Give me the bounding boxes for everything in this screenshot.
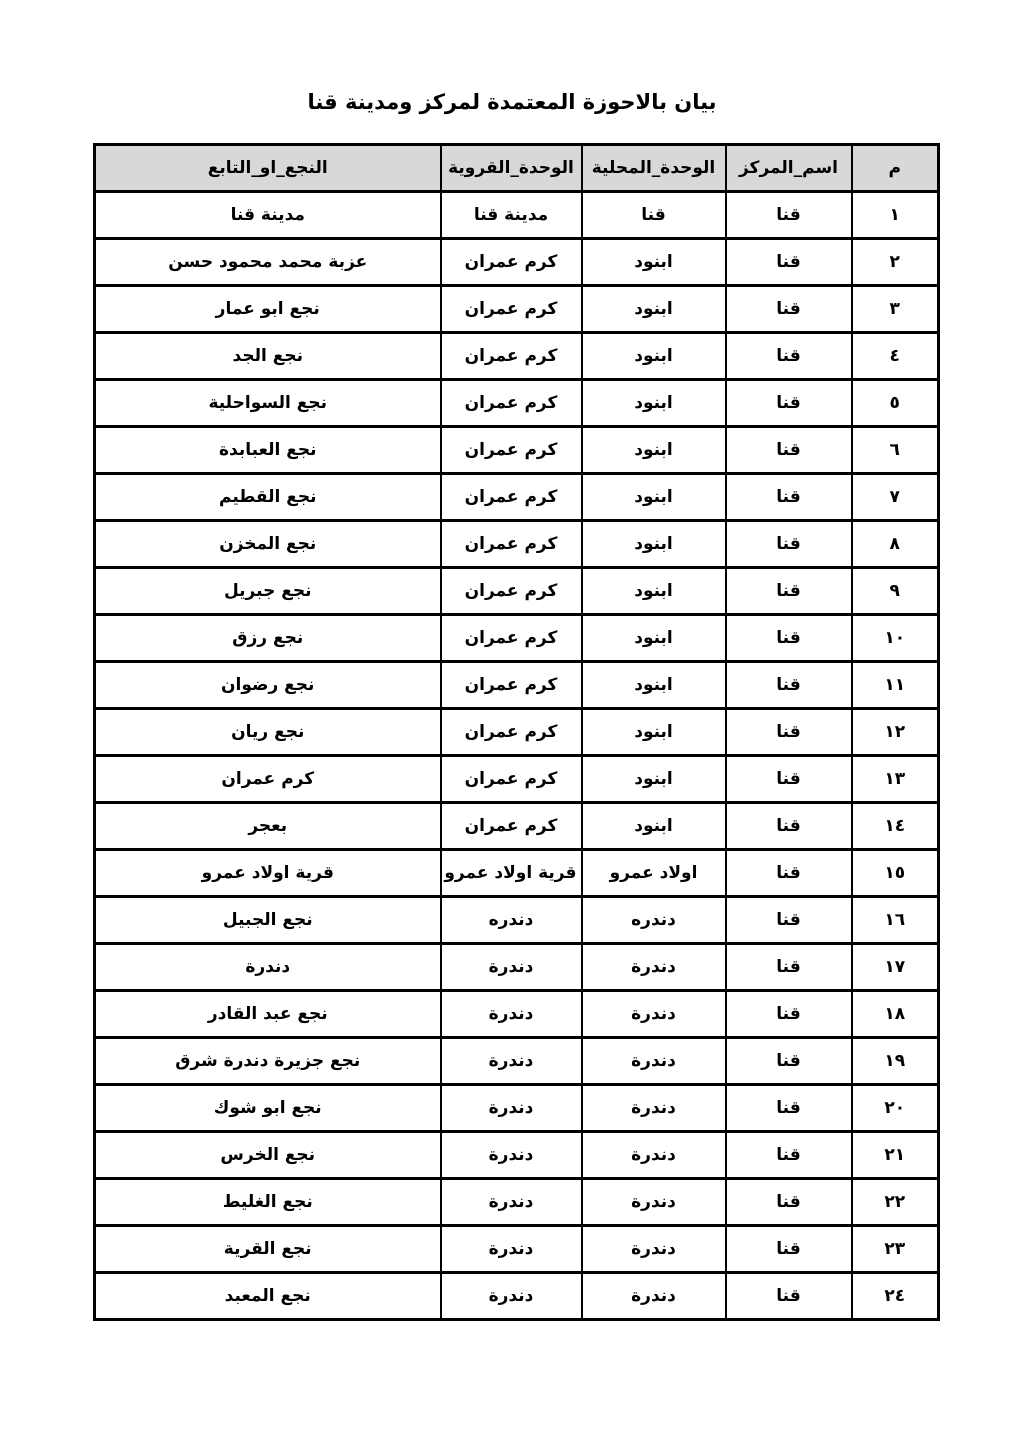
serial-cell: ١٠ [852,615,939,662]
center-name-cell: قنا [726,427,852,474]
table-row: ١٦قنادندرهدندرهنجع الجبيل [95,897,939,944]
center-name-cell: قنا [726,1273,852,1320]
local-unit-cell: ابنود [582,474,726,521]
hamlet-cell: نجع القطيم [95,474,441,521]
serial-cell: ٣ [852,286,939,333]
center-name-cell: قنا [726,239,852,286]
local-unit-cell: دندرة [582,944,726,991]
village-unit-cell: كرم عمران [441,662,582,709]
serial-cell: ٤ [852,333,939,380]
center-name-cell: قنا [726,192,852,239]
hamlet-cell: نجع الجبيل [95,897,441,944]
serial-cell: ١٧ [852,944,939,991]
local-unit-cell: ابنود [582,286,726,333]
village-unit-cell: كرم عمران [441,709,582,756]
serial-cell: ١٤ [852,803,939,850]
table-row: ٨قناابنودكرم عمراننجع المخزن [95,521,939,568]
village-unit-cell: دندرة [441,1273,582,1320]
center-name-cell: قنا [726,1038,852,1085]
local-unit-cell: ابنود [582,756,726,803]
center-name-cell: قنا [726,1132,852,1179]
table-row: ٣قناابنودكرم عمراننجع ابو عمار [95,286,939,333]
village-unit-cell: دندرة [441,1038,582,1085]
hamlet-cell: نجع ريان [95,709,441,756]
column-header-serial: م [852,145,939,192]
village-unit-cell: دندرة [441,1226,582,1273]
center-name-cell: قنا [726,709,852,756]
table-row: ٩قناابنودكرم عمراننجع جبريل [95,568,939,615]
center-name-cell: قنا [726,662,852,709]
column-header-village-unit: الوحدة_القروية [441,145,582,192]
hamlet-cell: نجع الجد [95,333,441,380]
hamlet-cell: نجع المعبد [95,1273,441,1320]
hamlet-cell: نجع الخرس [95,1132,441,1179]
hamlet-cell: نجع المخزن [95,521,441,568]
village-unit-cell: كرم عمران [441,521,582,568]
local-unit-cell: ابنود [582,709,726,756]
table-header: ماسم_المركزالوحدة_المحليةالوحدة_القرويةا… [95,145,939,192]
table-row: ٢٣قنادندرةدندرةنجع القرية [95,1226,939,1273]
serial-cell: ٢٠ [852,1085,939,1132]
serial-cell: ١٩ [852,1038,939,1085]
table-row: ١٧قنادندرةدندرةدندرة [95,944,939,991]
serial-cell: ٢٢ [852,1179,939,1226]
village-unit-cell: دندرة [441,1179,582,1226]
center-name-cell: قنا [726,1179,852,1226]
center-name-cell: قنا [726,803,852,850]
village-unit-cell: كرم عمران [441,568,582,615]
local-unit-cell: ابنود [582,380,726,427]
hamlet-cell: نجع رضوان [95,662,441,709]
serial-cell: ١٦ [852,897,939,944]
local-unit-cell: ابنود [582,239,726,286]
table-row: ١٩قنادندرةدندرةنجع جزيرة دندرة شرق [95,1038,939,1085]
header-row: ماسم_المركزالوحدة_المحليةالوحدة_القرويةا… [95,145,939,192]
center-name-cell: قنا [726,756,852,803]
village-unit-cell: كرم عمران [441,803,582,850]
table-row: ١٤قناابنودكرم عمرانبعجر [95,803,939,850]
village-unit-cell: دندره [441,897,582,944]
center-name-cell: قنا [726,474,852,521]
serial-cell: ٨ [852,521,939,568]
table-body: ١قناقنامدينة قنامدينة قنا٢قناابنودكرم عم… [95,192,939,1320]
local-unit-cell: ابنود [582,521,726,568]
hamlet-cell: نجع العبابدة [95,427,441,474]
hamlet-cell: مدينة قنا [95,192,441,239]
table-row: ١٣قناابنودكرم عمرانكرم عمران [95,756,939,803]
local-unit-cell: دندرة [582,1132,726,1179]
local-unit-cell: دندرة [582,1273,726,1320]
page-title: بيان بالاحوزة المعتمدة لمركز ومدينة قنا [0,90,1024,114]
serial-cell: ١١ [852,662,939,709]
center-name-cell: قنا [726,850,852,897]
local-unit-cell: ابنود [582,333,726,380]
village-unit-cell: كرم عمران [441,333,582,380]
column-header-center-name: اسم_المركز [726,145,852,192]
serial-cell: ٢ [852,239,939,286]
center-name-cell: قنا [726,1226,852,1273]
document-page: بيان بالاحوزة المعتمدة لمركز ومدينة قنا … [0,0,1024,1448]
local-unit-cell: اولاد عمرو [582,850,726,897]
serial-cell: ١٥ [852,850,939,897]
local-unit-cell: ابنود [582,427,726,474]
center-name-cell: قنا [726,521,852,568]
serial-cell: ٢٤ [852,1273,939,1320]
hamlet-cell: عزبة محمد محمود حسن [95,239,441,286]
village-unit-cell: كرم عمران [441,427,582,474]
center-name-cell: قنا [726,615,852,662]
hamlet-cell: بعجر [95,803,441,850]
village-unit-cell: دندرة [441,1085,582,1132]
serial-cell: ٥ [852,380,939,427]
table-row: ٢٤قنادندرةدندرةنجع المعبد [95,1273,939,1320]
local-unit-cell: دندره [582,897,726,944]
table-row: ٦قناابنودكرم عمراننجع العبابدة [95,427,939,474]
serial-cell: ٢١ [852,1132,939,1179]
serial-cell: ١٢ [852,709,939,756]
village-unit-cell: كرم عمران [441,756,582,803]
table-row: ١٨قنادندرةدندرةنجع عبد القادر [95,991,939,1038]
serial-cell: ٦ [852,427,939,474]
hamlet-cell: دندرة [95,944,441,991]
village-unit-cell: دندرة [441,1132,582,1179]
hamlet-cell: نجع رزق [95,615,441,662]
center-name-cell: قنا [726,991,852,1038]
table-row: ٢٢قنادندرةدندرةنجع الغليط [95,1179,939,1226]
serial-cell: ٢٣ [852,1226,939,1273]
village-unit-cell: كرم عمران [441,286,582,333]
serial-cell: ١٣ [852,756,939,803]
hamlet-cell: نجع جبريل [95,568,441,615]
table-row: ٥قناابنودكرم عمراننجع السواحلية [95,380,939,427]
center-name-cell: قنا [726,380,852,427]
hamlet-cell: قرية اولاد عمرو [95,850,441,897]
hamlet-cell: نجع الغليط [95,1179,441,1226]
center-name-cell: قنا [726,944,852,991]
table-row: ١٥قنااولاد عمروقرية اولاد عمروقرية اولاد… [95,850,939,897]
hamlet-cell: نجع جزيرة دندرة شرق [95,1038,441,1085]
serial-cell: ٩ [852,568,939,615]
local-unit-cell: دندرة [582,1179,726,1226]
table-row: ٢قناابنودكرم عمرانعزبة محمد محمود حسن [95,239,939,286]
serial-cell: ١٨ [852,991,939,1038]
village-unit-cell: دندرة [441,991,582,1038]
center-name-cell: قنا [726,568,852,615]
hamlet-cell: نجع السواحلية [95,380,441,427]
table-row: ١٠قناابنودكرم عمراننجع رزق [95,615,939,662]
local-unit-cell: ابنود [582,662,726,709]
serial-cell: ١ [852,192,939,239]
hamlet-cell: نجع القرية [95,1226,441,1273]
table-row: ١قناقنامدينة قنامدينة قنا [95,192,939,239]
center-name-cell: قنا [726,897,852,944]
districts-table: ماسم_المركزالوحدة_المحليةالوحدة_القرويةا… [93,143,940,1321]
village-unit-cell: دندرة [441,944,582,991]
table-row: ٤قناابنودكرم عمراننجع الجد [95,333,939,380]
local-unit-cell: ابنود [582,568,726,615]
center-name-cell: قنا [726,1085,852,1132]
village-unit-cell: كرم عمران [441,380,582,427]
center-name-cell: قنا [726,333,852,380]
hamlet-cell: كرم عمران [95,756,441,803]
local-unit-cell: دندرة [582,1226,726,1273]
local-unit-cell: دندرة [582,991,726,1038]
column-header-local-unit: الوحدة_المحلية [582,145,726,192]
village-unit-cell: كرم عمران [441,615,582,662]
table-row: ١١قناابنودكرم عمراننجع رضوان [95,662,939,709]
table-row: ٢٠قنادندرةدندرةنجع ابو شوك [95,1085,939,1132]
hamlet-cell: نجع ابو عمار [95,286,441,333]
village-unit-cell: كرم عمران [441,474,582,521]
table-row: ٧قناابنودكرم عمراننجع القطيم [95,474,939,521]
serial-cell: ٧ [852,474,939,521]
table-row: ١٢قناابنودكرم عمراننجع ريان [95,709,939,756]
center-name-cell: قنا [726,286,852,333]
village-unit-cell: قرية اولاد عمرو [441,850,582,897]
local-unit-cell: دندرة [582,1085,726,1132]
village-unit-cell: مدينة قنا [441,192,582,239]
local-unit-cell: ابنود [582,803,726,850]
hamlet-cell: نجع عبد القادر [95,991,441,1038]
village-unit-cell: كرم عمران [441,239,582,286]
local-unit-cell: ابنود [582,615,726,662]
local-unit-cell: قنا [582,192,726,239]
local-unit-cell: دندرة [582,1038,726,1085]
hamlet-cell: نجع ابو شوك [95,1085,441,1132]
table-row: ٢١قنادندرةدندرةنجع الخرس [95,1132,939,1179]
column-header-hamlet: النجع_او_التابع [95,145,441,192]
